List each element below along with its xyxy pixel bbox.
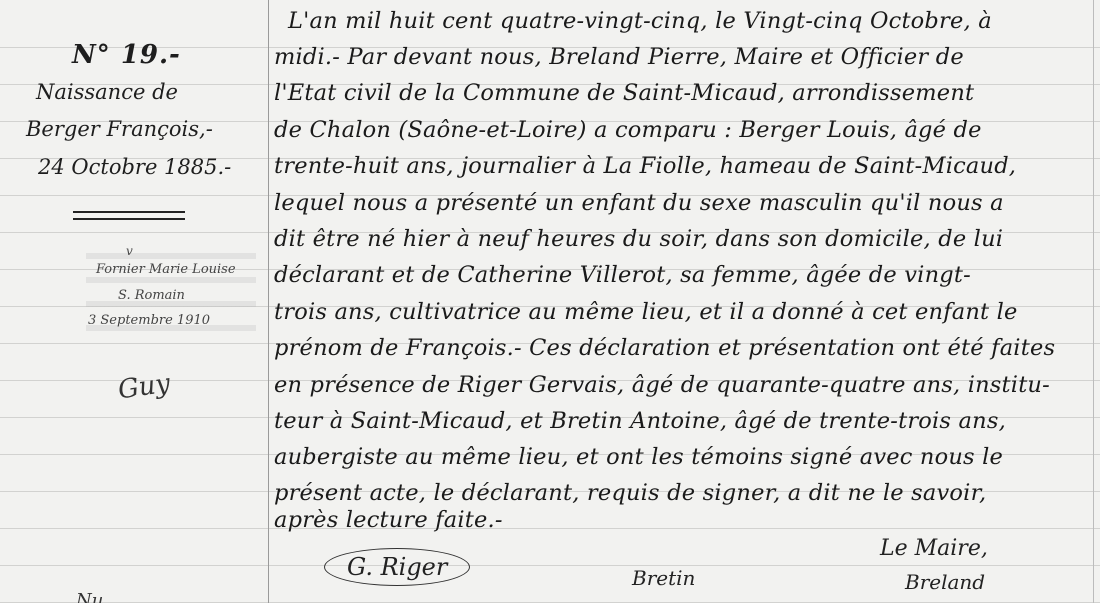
- entry-number: N° 19.-: [72, 40, 181, 70]
- body-line-7: dit être né hier à neuf heures du soir, …: [274, 226, 1003, 252]
- page-right-edge: [1093, 0, 1094, 603]
- margin-heading-line-1: Naissance de: [36, 80, 178, 104]
- next-entry-fragment: Nu: [76, 590, 103, 603]
- marriage-annotation-date: 3 Septembre 1910: [88, 313, 210, 328]
- register-page: N° 19.- Naissance de Berger François,- 2…: [0, 0, 1100, 603]
- body-line-1: L'an mil huit cent quatre-vingt-cinq, le…: [288, 8, 992, 34]
- marriage-annotation-place: S. Romain: [118, 288, 185, 303]
- body-line-15: après lecture faite.-: [274, 507, 503, 533]
- margin-column: N° 19.- Naissance de Berger François,- 2…: [0, 0, 266, 603]
- margin-divider: [268, 0, 269, 603]
- margin-heading-line-2: Berger François,-: [26, 117, 213, 141]
- body-line-3: l'Etat civil de la Commune de Saint-Mica…: [274, 80, 974, 106]
- body-line-2: midi.- Par devant nous, Breland Pierre, …: [274, 44, 964, 70]
- body-line-12: teur à Saint-Micaud, et Bretin Antoine, …: [274, 408, 1006, 434]
- margin-heading-line-3: 24 Octobre 1885.-: [38, 155, 231, 179]
- body-line-5: trente-huit ans, journalier à La Fiolle,…: [274, 153, 1016, 179]
- margin-annotation-signature: Guy: [116, 369, 172, 406]
- marriage-annotation-name: Fornier Marie Louise: [96, 262, 236, 277]
- annotation-mark: v: [126, 244, 133, 258]
- body-line-10: prénom de François.- Ces déclaration et …: [274, 335, 1055, 361]
- act-body: L'an mil huit cent quatre-vingt-cinq, le…: [274, 0, 1100, 603]
- body-line-14: présent acte, le déclarant, requis de si…: [274, 480, 986, 506]
- margin-double-rule: [73, 211, 185, 220]
- body-line-13: aubergiste au même lieu, et ont les témo…: [274, 444, 1003, 470]
- body-line-4: de Chalon (Saône-et-Loire) a comparu : B…: [274, 117, 982, 143]
- body-line-6: lequel nous a présenté un enfant du sexe…: [274, 190, 1004, 216]
- body-line-11: en présence de Riger Gervais, âgé de qua…: [274, 372, 1050, 398]
- body-line-8: déclarant et de Catherine Villerot, sa f…: [274, 262, 971, 288]
- body-line-9: trois ans, cultivatrice au même lieu, et…: [274, 299, 1018, 325]
